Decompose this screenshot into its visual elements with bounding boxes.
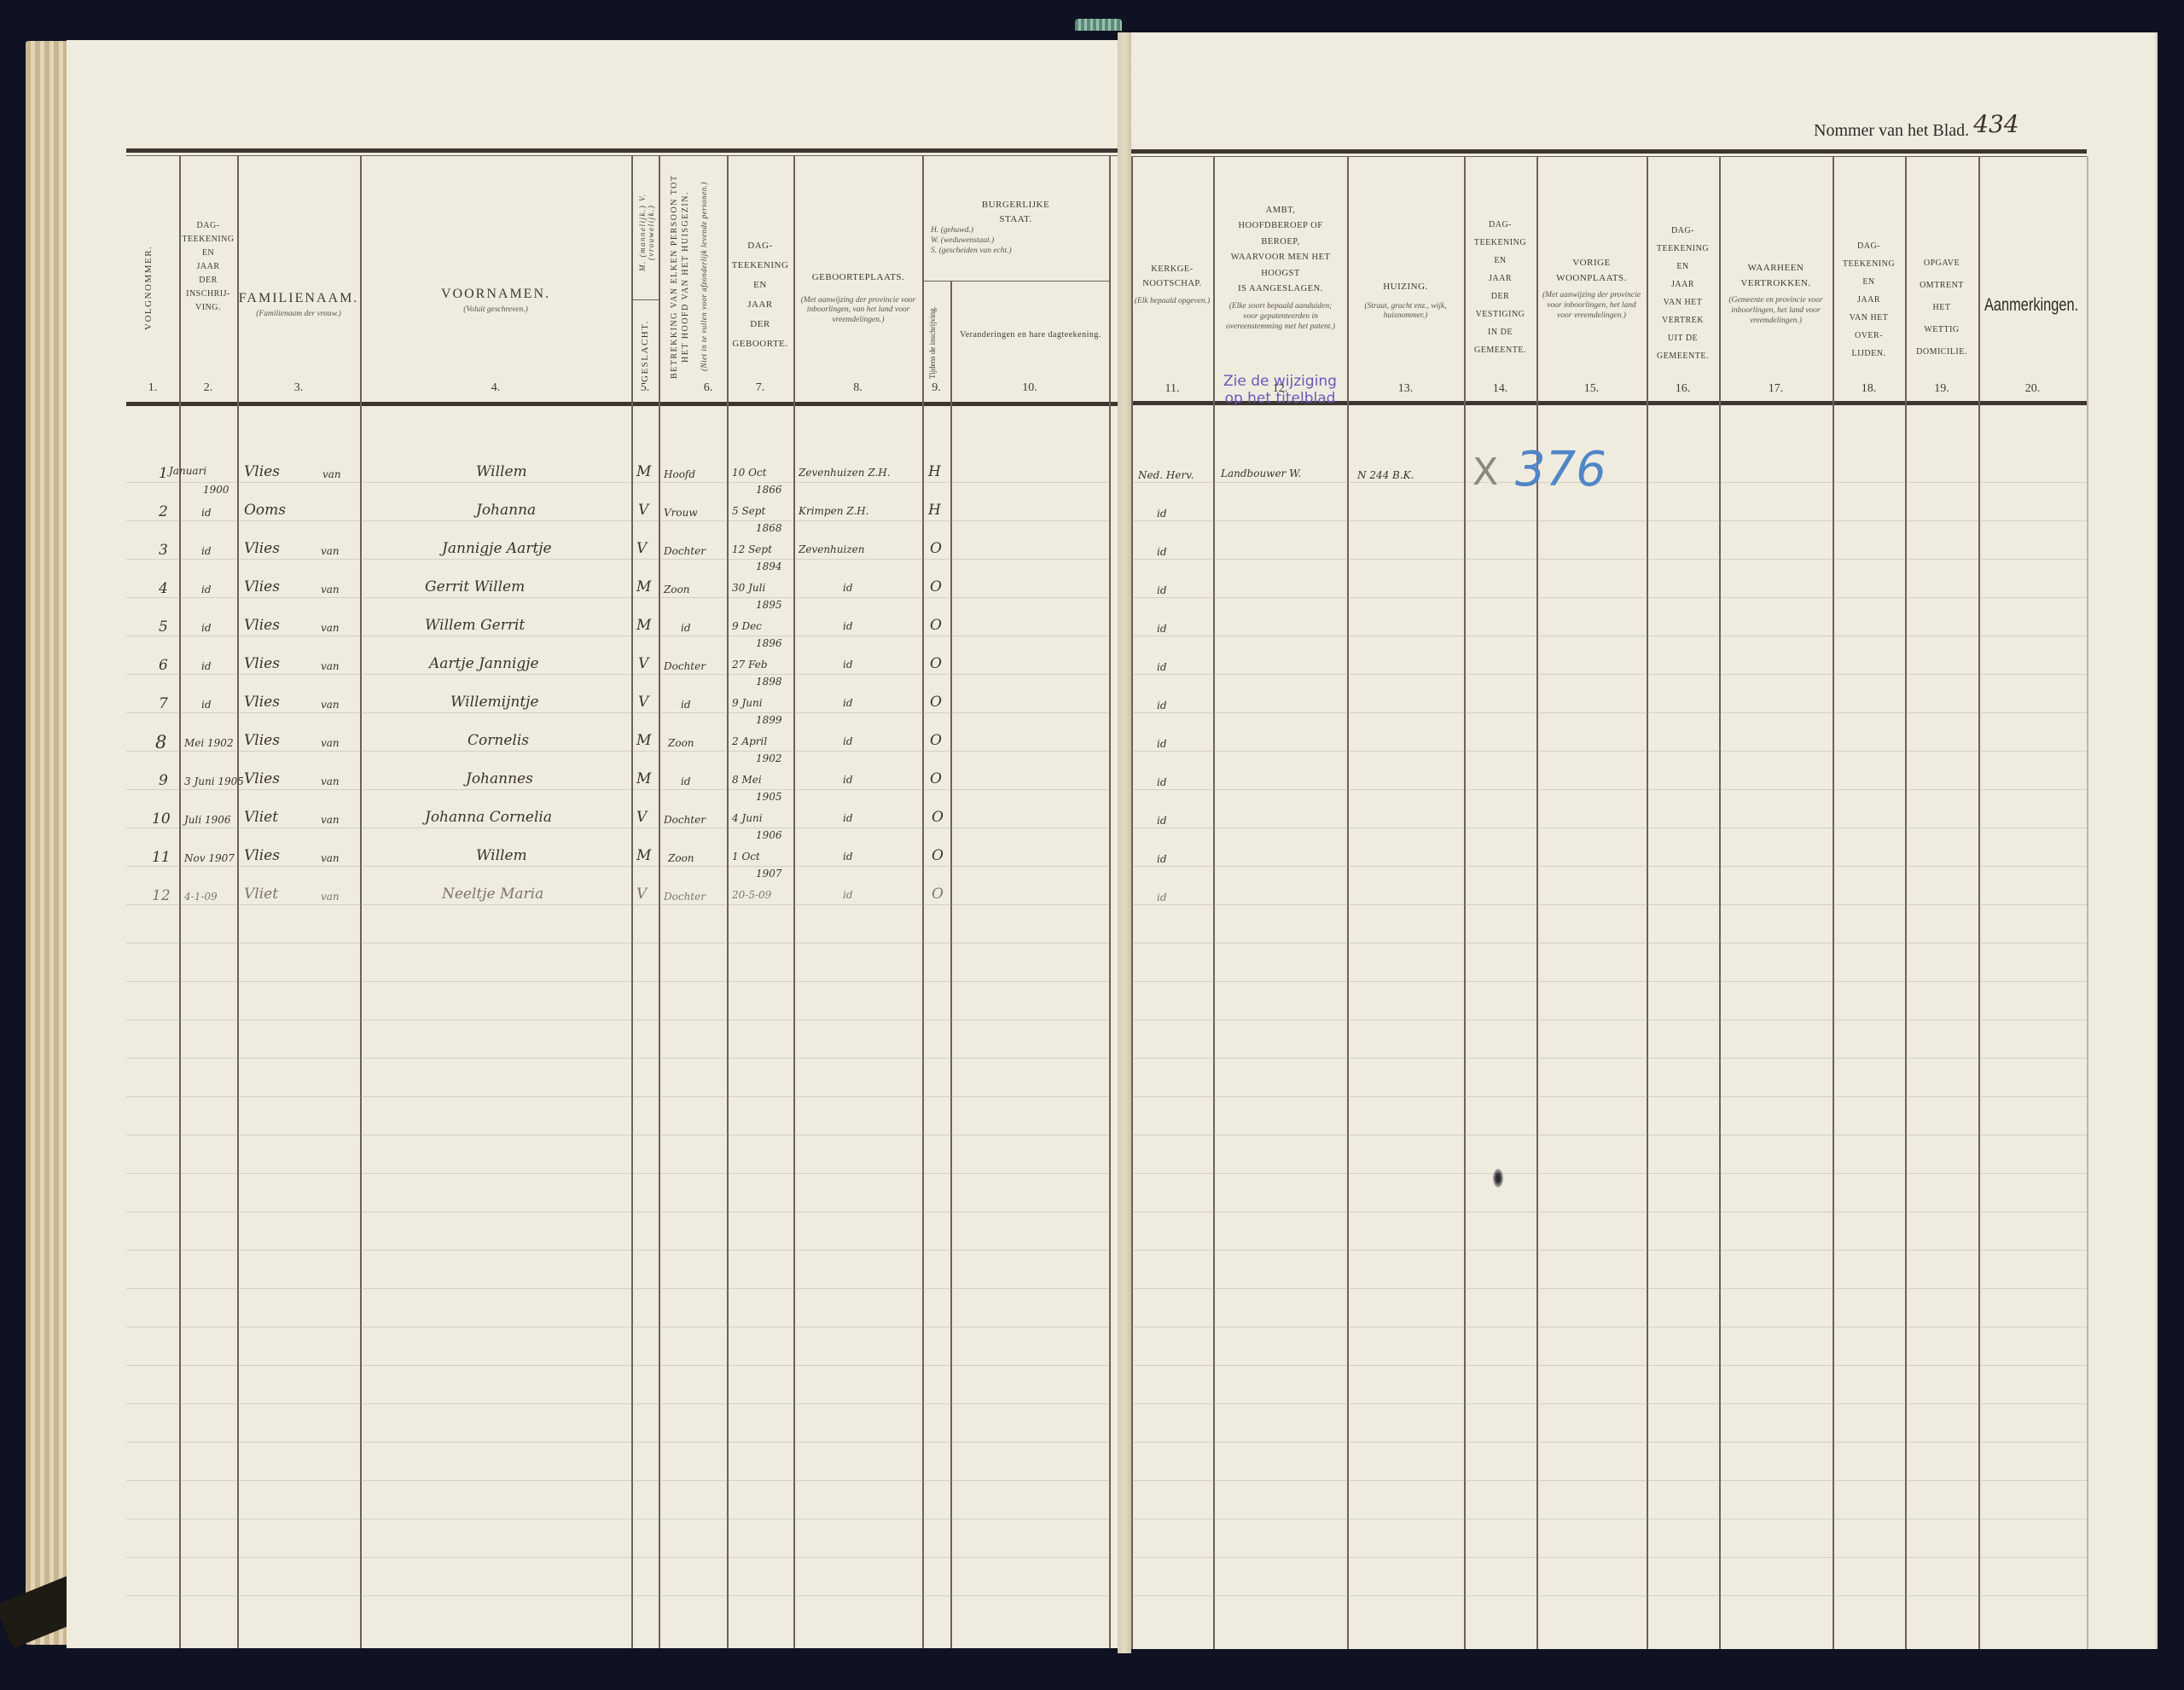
birth-year: 1895 [756, 599, 782, 611]
sex: V [636, 540, 647, 557]
col-divider [1464, 156, 1466, 1649]
row-number: 7 [159, 695, 168, 712]
col-number: 14. [1464, 382, 1536, 396]
birth-year: 1894 [756, 560, 782, 572]
birthplace: Zevenhuizen Z.H. [799, 467, 891, 479]
sex: V [636, 886, 647, 903]
row-number: 11 [152, 849, 171, 866]
row-number: 10 [152, 810, 171, 828]
grey-x-mark: X [1472, 450, 1498, 494]
given-names: Cornelis [468, 732, 529, 749]
header-bottom-rule [126, 402, 1118, 406]
surname: Vlies [244, 770, 280, 787]
church: Ned. Herv. [1138, 469, 1194, 481]
relation: Hoofd [664, 468, 695, 480]
col-divider [237, 155, 239, 1648]
birthplace: id [843, 620, 853, 632]
birth-date: 2 April [732, 735, 767, 747]
church: id [1157, 815, 1167, 827]
col-divider [1719, 156, 1721, 1649]
birth-date: 30 Juli [732, 582, 765, 594]
birth-year: 1896 [756, 637, 782, 649]
civil-status: O [930, 540, 942, 557]
church: id [1157, 584, 1167, 596]
sex: V [638, 694, 648, 711]
relation: Vrouw [664, 507, 698, 519]
header-col-18: DAG-TEEKENINGENJAARVAN HETOVER-LIJDEN. [1833, 237, 1905, 363]
header-col-10: Veranderingen en hare dagteekening. [954, 326, 1107, 345]
col-number: 15. [1536, 382, 1647, 396]
given-names: Jannigje Aartje [442, 540, 552, 557]
registration-date: id [201, 622, 212, 634]
registration-date: 3 Juni 1905 [184, 775, 244, 787]
birth-date: 12 Sept [732, 543, 772, 555]
birth-year: 1899 [756, 714, 782, 726]
relation: Dochter [664, 891, 706, 903]
surname: Vlies [244, 578, 280, 595]
registration-date: id [201, 545, 212, 557]
birth-year: 1905 [756, 791, 782, 803]
surname-prefix: van [321, 814, 340, 826]
col-divider [1647, 156, 1648, 1649]
surname: Ooms [244, 502, 286, 519]
col-number: 1. [126, 381, 179, 395]
col-divider [922, 155, 924, 1648]
sex: V [638, 502, 648, 519]
header-col-8: GEBOORTEPLAATS. (Met aanwijzing der prov… [799, 270, 918, 326]
header-col-6-note: (Niet in te vullen voor afzonderlijk lev… [700, 164, 708, 390]
birthplace: Krimpen Z.H. [799, 505, 868, 517]
header-top-rule-thin [1131, 156, 2087, 157]
civil-status: O [930, 578, 942, 595]
birth-date: 8 Mei [732, 774, 762, 786]
surname-prefix: van [321, 891, 340, 903]
header-col-19: OPGAVEOMTRENTHETWETTIGDOMICILIE. [1905, 253, 1978, 363]
birthplace: id [843, 889, 853, 901]
birth-date: 4 Juni [732, 812, 763, 824]
civil-status: H [928, 502, 941, 519]
birth-year: 1898 [756, 676, 782, 688]
header-burgerlijke-staat: BURGERLIJKESTAAT. H. (gehuwd.) W. (weduw… [922, 198, 1109, 257]
col-number: 5. [631, 381, 659, 395]
registration-date: 4-1-09 [184, 891, 218, 903]
civil-status: H [928, 463, 941, 480]
header-col-6: BETREKKING VAN ELKEN PERSOON TOT HET HOO… [669, 164, 691, 390]
relation: Dochter [664, 545, 706, 557]
surname-prefix: van [321, 775, 340, 787]
registration-date: id [201, 507, 212, 519]
header-col-1: VOLGNOMMER. [143, 211, 154, 364]
burgerlijke-staat-split [922, 281, 1109, 282]
header-top-rule [1131, 149, 2087, 154]
church: id [1157, 776, 1167, 788]
book-spine [1118, 32, 1131, 1653]
row-number: 8 [155, 732, 166, 752]
col-divider [727, 155, 729, 1648]
header-col-9: Tijdens de inschrijving. [928, 296, 937, 390]
registration-date: id [201, 660, 212, 672]
given-names: Gerrit Willem [425, 578, 525, 595]
col-divider [793, 155, 795, 1648]
col-number: 16. [1647, 382, 1719, 396]
birthplace: Zevenhuizen [799, 543, 865, 555]
sheet-label: Nommer van het Blad. 434 [1814, 113, 2019, 142]
sex: V [636, 809, 647, 826]
birthplace: id [843, 851, 853, 862]
right-page: Nommer van het Blad. 434 KERKGE-NOOTSCHA… [1131, 32, 2158, 1649]
given-names: Willem [476, 847, 527, 864]
civil-status: O [932, 886, 944, 903]
surname: Vlies [244, 540, 280, 557]
relation: id [681, 699, 691, 711]
given-names: Willem Gerrit [425, 617, 525, 634]
header-col-5: GESLACHT. [640, 313, 650, 390]
church: id [1157, 738, 1167, 750]
birthplace: id [843, 697, 853, 709]
birth-date: 9 Dec [732, 620, 762, 632]
registration-date: id [201, 699, 212, 711]
col-number: 13. [1347, 382, 1464, 396]
header-col-5-note: M. (mannelijk.) V. (vrouwelijk.) [638, 177, 655, 287]
surname-prefix: van [321, 660, 340, 672]
civil-status: O [930, 732, 942, 749]
left-page: VOLGNOMMER. DAG-TEEKENINGENJAARDERINSCHR… [67, 40, 1118, 1648]
header-col-3: FAMILIENAAM. (Familienaam der vrouw.) [237, 287, 360, 319]
given-names: Johanna Cornelia [425, 809, 552, 826]
col-number: 4. [360, 381, 631, 395]
given-names: Willemijntje [450, 694, 539, 711]
sex: M [636, 617, 651, 634]
col-divider [659, 155, 660, 1648]
church: id [1157, 891, 1167, 903]
col-divider [1131, 156, 1133, 1649]
col-divider [179, 155, 181, 1648]
birth-date: 5 Sept [732, 505, 765, 517]
occupation: Landbouwer W. [1221, 468, 1301, 479]
registration-date: Mei 1902 [184, 737, 234, 749]
church: id [1157, 623, 1167, 635]
birthplace: id [843, 659, 853, 671]
civil-status: O [932, 847, 944, 864]
row-number: 3 [159, 542, 168, 559]
relation: Zoon [668, 852, 694, 864]
birth-year: 1866 [756, 484, 782, 496]
col-divider [1833, 156, 1834, 1649]
header-top-rule-thin [126, 155, 1118, 156]
col-number: 6. [689, 381, 727, 395]
given-names: Johanna [476, 502, 536, 519]
surname-prefix: van [321, 737, 340, 749]
header-col-17: WAARHEENVERTROKKEN. (Gemeente en provinc… [1719, 261, 1833, 327]
surname-prefix: van [321, 699, 340, 711]
col-number: 2. [179, 381, 237, 395]
given-names: Johannes [466, 770, 533, 787]
registration-date: Juli 1906 [184, 814, 231, 826]
surname: Vliet [244, 886, 278, 903]
surname-prefix: van [321, 852, 340, 864]
col-number: 7. [727, 381, 793, 395]
surname-prefix: van [321, 545, 340, 557]
sex: M [636, 732, 651, 749]
sex: M [636, 770, 651, 787]
row-number: 9 [159, 772, 168, 789]
birth-date: 27 Feb [732, 659, 768, 671]
col-number: 9. [922, 381, 950, 395]
geslacht-split [631, 299, 659, 300]
birthplace: id [843, 582, 853, 594]
relation: Dochter [664, 660, 706, 672]
header-col-12: AMBT,HOOFDBEROEP OFBEROEP,WAARVOOR MEN H… [1217, 203, 1345, 333]
surname: Vlies [244, 655, 280, 672]
birth-year: 1906 [756, 829, 782, 841]
col-divider [1347, 156, 1349, 1649]
surname-prefix: van [321, 622, 340, 634]
col-number: 3. [237, 381, 360, 395]
header-col-15: VORIGEWOONPLAATS. (Met aanwijzing der pr… [1536, 256, 1647, 322]
header-col-20: Aanmerkingen. [1984, 295, 2078, 316]
sex: M [636, 578, 651, 595]
surname: Vlies [244, 732, 280, 749]
civil-status: O [930, 617, 942, 634]
col-number: 10. [950, 381, 1109, 395]
birth-date: 9 Juni [732, 697, 763, 709]
header-col-2: DAG-TEEKENINGENJAARDERINSCHRIJ-VING. [179, 219, 237, 315]
header-col-11: KERKGE-NOOTSCHAP. (Elk bepaald opgeven.) [1131, 263, 1213, 306]
church: id [1157, 853, 1167, 865]
col-number: 8. [793, 381, 922, 395]
ink-blot [1493, 1169, 1503, 1188]
surname-prefix: van [322, 468, 341, 480]
row-number: 12 [152, 887, 171, 904]
given-names: Willem [476, 463, 527, 480]
header-col-4: VOORNAMEN. (Voluit geschreven.) [360, 283, 631, 315]
birthplace: id [843, 735, 853, 747]
col-divider [1536, 156, 1538, 1649]
sex: M [636, 463, 651, 480]
header-col-7: DAG-TEEKENINGENJAARDERGEBOORTE. [727, 236, 793, 355]
row-number: 6 [159, 657, 168, 674]
registration-year: 1900 [203, 484, 229, 496]
relation: id [681, 622, 691, 634]
registration-date: Nov 1907 [184, 852, 235, 864]
given-names: Neeltje Maria [442, 886, 543, 903]
birth-date: 20-5-09 [732, 889, 771, 901]
sex: M [636, 847, 651, 864]
col-number: 20. [1978, 382, 2087, 396]
registration-date: Januari [169, 465, 206, 477]
house-address: N 244 B.K. [1357, 469, 1414, 481]
surname-prefix: van [321, 584, 340, 595]
surname: Vlies [244, 463, 280, 480]
header-col-16: DAG-TEEKENINGENJAARVAN HETVERTREKUIT DEG… [1647, 222, 1719, 365]
book-page-edges [26, 41, 68, 1645]
church: id [1157, 508, 1167, 520]
civil-status: O [930, 694, 942, 711]
sex: V [638, 655, 648, 672]
birth-date: 1 Oct [732, 851, 760, 862]
birth-year: 1907 [756, 868, 782, 880]
church: id [1157, 700, 1167, 711]
surname: Vliet [244, 809, 278, 826]
row-number: 4 [159, 580, 168, 597]
ribbon-bookmark [1075, 19, 1122, 31]
relation: Zoon [664, 584, 690, 595]
row-number: 5 [159, 619, 168, 636]
civil-status: O [930, 655, 942, 672]
col-number: 11. [1131, 382, 1213, 396]
civil-status: O [932, 809, 944, 826]
birthplace: id [843, 774, 853, 786]
header-col-13: HUIZING. (Straat, gracht enz., wijk, hui… [1347, 280, 1464, 322]
given-names: Aartje Jannigje [429, 655, 539, 672]
birth-date: 10 Oct [732, 467, 766, 479]
church: id [1157, 661, 1167, 673]
relation: Zoon [668, 737, 694, 749]
surname: Vlies [244, 694, 280, 711]
col-number: 19. [1905, 382, 1978, 396]
col-number: 17. [1719, 382, 1833, 396]
col-divider [1978, 156, 1980, 1649]
church: id [1157, 546, 1167, 558]
relation: Dochter [664, 814, 706, 826]
col-divider [360, 155, 362, 1648]
header-top-rule [126, 148, 1118, 153]
surname: Vlies [244, 617, 280, 634]
col-divider [950, 281, 952, 1648]
surname: Vlies [244, 847, 280, 864]
col-number: 18. [1833, 382, 1905, 396]
civil-status: O [930, 770, 942, 787]
row-number: 1 [159, 465, 168, 482]
col-divider [631, 155, 633, 1648]
registration-date: id [201, 584, 212, 595]
col-divider [1905, 156, 1907, 1649]
col-divider [2087, 156, 2088, 1649]
sheet-number: 434 [1973, 110, 2018, 138]
birthplace: id [843, 812, 853, 824]
row-number: 2 [159, 503, 168, 520]
birth-year: 1902 [756, 752, 782, 764]
col-number: 12. [1213, 382, 1347, 396]
header-col-14: DAG-TEEKENINGENJAARDERVESTIGINGIN DEGEME… [1464, 216, 1536, 359]
relation: id [681, 775, 691, 787]
col-divider [1109, 155, 1111, 1648]
blue-annotation: 376 [1515, 442, 1606, 497]
birth-year: 1868 [756, 522, 782, 534]
